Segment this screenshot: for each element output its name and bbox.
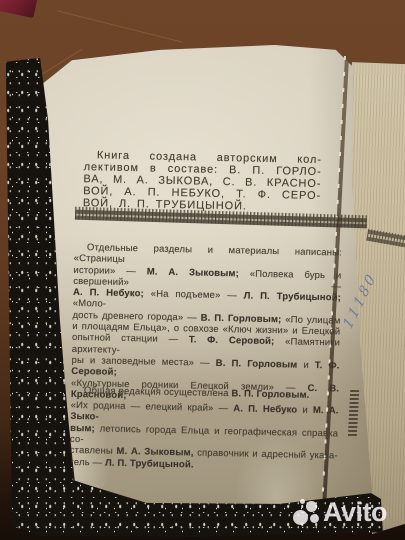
book-photo: Книга создана авторским кол-лективом в с… — [0, 0, 405, 540]
avito-logo-icon — [292, 498, 320, 526]
avito-wordmark: Avito — [323, 498, 387, 526]
colophon-paragraph: Книга создана авторским кол-лективом в с… — [83, 150, 322, 215]
avito-watermark: Avito — [292, 494, 387, 530]
sections-paragraph: Отдельные разделы и материалы написаны: … — [69, 242, 342, 474]
